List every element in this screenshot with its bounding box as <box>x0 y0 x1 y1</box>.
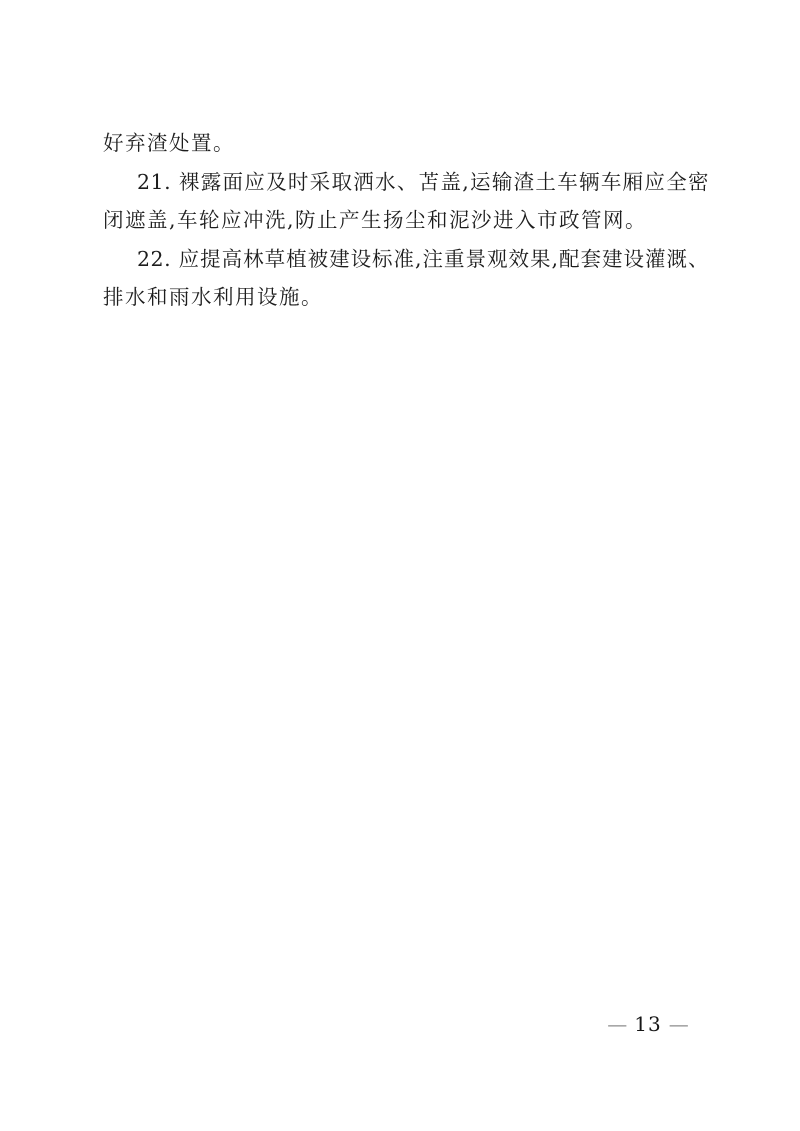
text-line-item21-first: 21. 裸露面应及时采取洒水、苫盖,运输渣土车辆车厢应全密 <box>103 163 709 202</box>
page-number-dash-right: — <box>669 1010 689 1038</box>
document-page: 好弃渣处置。 21. 裸露面应及时采取洒水、苫盖,运输渣土车辆车厢应全密 闭遮盖… <box>0 0 800 1131</box>
text-line-item21-second: 闭遮盖,车轮应冲洗,防止产生扬尘和泥沙进入市政管网。 <box>103 201 709 240</box>
text-line-item22-first: 22. 应提高林草植被建设标准,注重景观效果,配套建设灌溉、 <box>103 240 709 279</box>
page-number-value: 13 <box>634 1010 661 1038</box>
page-number-dash-left: — <box>607 1010 627 1038</box>
page-number: — 13 — <box>600 1010 696 1038</box>
text-line-continuation: 好弃渣处置。 <box>103 124 709 163</box>
body-text: 好弃渣处置。 21. 裸露面应及时采取洒水、苫盖,运输渣土车辆车厢应全密 闭遮盖… <box>103 124 709 317</box>
text-line-item22-second: 排水和雨水利用设施。 <box>103 278 709 317</box>
